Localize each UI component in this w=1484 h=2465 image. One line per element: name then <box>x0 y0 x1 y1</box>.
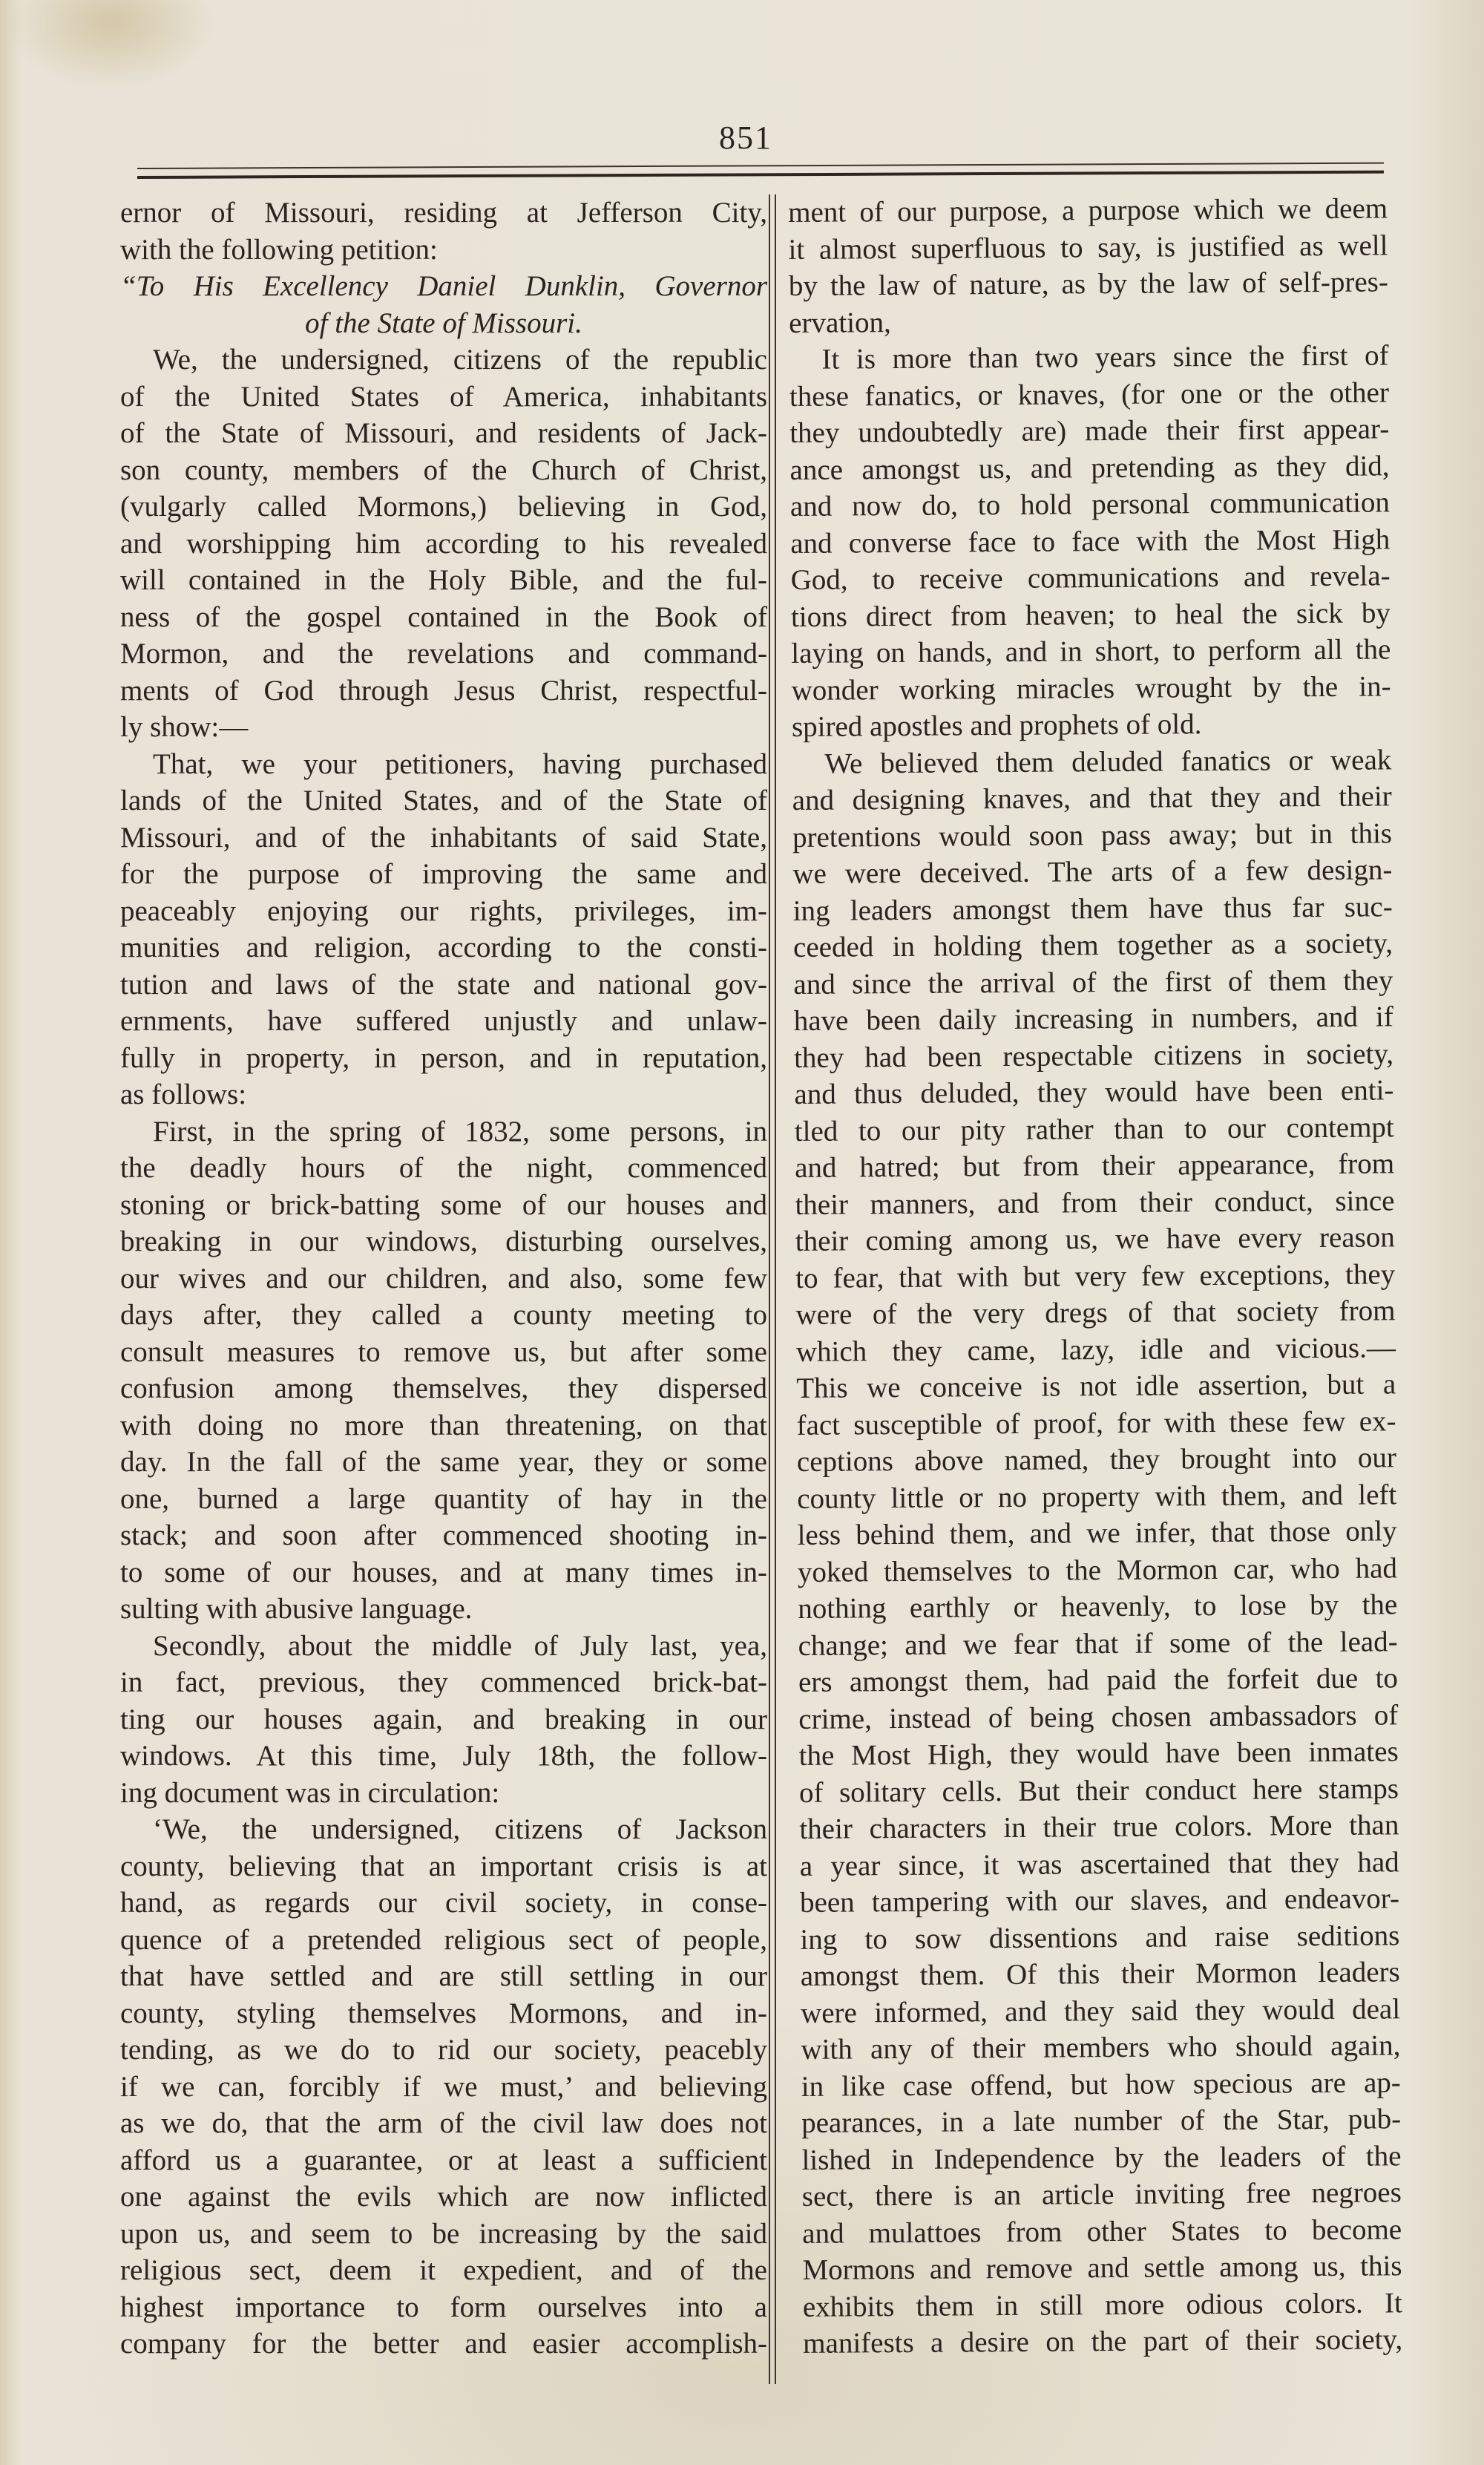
text-line: fully in property, in person, and in rep… <box>120 1040 767 1077</box>
text-line: less behind them, and we infer, that tho… <box>797 1513 1396 1554</box>
text-line: That, we your petitioners, having purcha… <box>120 746 767 783</box>
text-line: they undoubtedly are) made their first a… <box>789 410 1389 451</box>
text-line: the deadly hours of the night, commenced <box>120 1150 767 1187</box>
text-line: and converse face to face with the Most … <box>790 521 1390 562</box>
text-line: that have settled and are still settling… <box>120 1958 767 1995</box>
text-line: county little or no property with them, … <box>797 1476 1396 1517</box>
text-line: ceeded in holding them together as a soc… <box>793 925 1393 966</box>
text-line: religious sect, deem it expedient, and o… <box>120 2252 767 2289</box>
text-line: ance amongst us, and pretending as they … <box>789 448 1389 488</box>
text-line: We believed them deluded fanatics or wea… <box>792 742 1391 782</box>
page-number: 851 <box>709 119 783 157</box>
text-line: exhibits them in still more odious color… <box>803 2285 1402 2325</box>
text-line: of solitary cells. But their conduct her… <box>799 1770 1399 1811</box>
text-line: fact susceptible of proof, for with thes… <box>796 1403 1396 1444</box>
text-line: and hatred; but from their appearance, f… <box>795 1145 1394 1186</box>
text-line: tions direct from heaven; to heal the si… <box>791 595 1391 635</box>
text-line: We, the undersigned, citizens of the rep… <box>120 341 767 379</box>
text-line: their coming among us, we have every rea… <box>795 1219 1395 1260</box>
text-line: Mormons and remove and settle among us, … <box>802 2248 1402 2288</box>
text-line: of the State of Missouri, and residents … <box>120 415 767 452</box>
text-line: tending, as we do to rid our society, pe… <box>120 2032 767 2069</box>
text-line: ernments, have suffered unjustly and unl… <box>120 1003 767 1040</box>
text-line: have been daily increasing in numbers, a… <box>794 998 1393 1039</box>
text-line: nothing earthly or heavenly, to lose by … <box>798 1586 1397 1627</box>
text-line: ness of the gospel contained in the Book… <box>120 599 767 636</box>
text-line: manifests a desire on the part of their … <box>803 2321 1402 2362</box>
text-line: by the law of nature, as by the law of s… <box>789 263 1388 304</box>
header-rule-thin <box>137 163 1384 169</box>
text-line: one against the evils which are now infl… <box>120 2178 767 2216</box>
text-line: and now do, to hold personal communicati… <box>790 484 1390 525</box>
text-line: county, styling themselves Mormons, and … <box>120 1995 767 2032</box>
text-line: hand, as regards our civil society, in c… <box>120 1885 767 1922</box>
text-line: upon us, and seem to be increasing by th… <box>120 2216 767 2253</box>
text-line: consult measures to remove us, but after… <box>120 1334 767 1371</box>
text-line: of the United States of America, inhabit… <box>120 379 767 416</box>
text-line: county, believing that an important cris… <box>120 1848 767 1885</box>
text-line: tled to our pity rather than to our cont… <box>795 1109 1394 1150</box>
text-line: the Most High, they would have been inma… <box>799 1733 1399 1774</box>
text-line: in fact, previous, they commenced brick-… <box>120 1664 767 1701</box>
text-line: tution and laws of the state and nationa… <box>120 966 767 1004</box>
text-line: their characters in their true colors. M… <box>799 1807 1399 1847</box>
text-line: been tampering with our slaves, and ende… <box>800 1880 1399 1921</box>
text-line: “To His Excellency Daniel Dunklin, Gover… <box>120 268 767 305</box>
header-rule-thick <box>137 171 1384 179</box>
text-line: confusion among themselves, they dispers… <box>120 1370 767 1407</box>
text-line: ernor of Missouri, residing at Jefferson… <box>120 194 767 232</box>
text-line: ing leaders amongst them have thus far s… <box>793 888 1393 929</box>
text-line: windows. At this time, July 18th, the fo… <box>120 1738 767 1775</box>
text-line: highest importance to form ourselves int… <box>120 2289 767 2326</box>
text-line: sulting with abusive language. <box>120 1591 767 1628</box>
text-line: God, to receive communications and revel… <box>790 557 1390 598</box>
text-line: peaceably enjoying our rights, privilege… <box>120 893 767 930</box>
text-line: spired apostles and prophets of old. <box>792 704 1391 745</box>
text-line: lished in Independence by the leaders of… <box>801 2138 1401 2178</box>
text-line: yoked themselves to the Mormon car, who … <box>798 1550 1397 1591</box>
column-divider <box>767 194 778 2384</box>
text-line: crime, instead of being chosen ambassado… <box>798 1697 1398 1738</box>
text-line: company for the better and easier accomp… <box>120 2325 767 2363</box>
text-line: wonder working miracles wrought by the i… <box>791 668 1391 709</box>
text-line: afford us a guarantee, or at least a suf… <box>120 2142 767 2179</box>
text-line: were informed, and they said they would … <box>801 1991 1400 2032</box>
text-line: with the following petition: <box>120 232 767 269</box>
text-line: as follows: <box>120 1076 767 1113</box>
text-line: ing to sow dissentions and raise seditio… <box>800 1917 1399 1958</box>
text-line: were of the very dregs of that society f… <box>795 1292 1395 1333</box>
right-column: ment of our purpose, a purpose which we … <box>788 190 1402 2362</box>
text-line: we were deceived. The arts of a few desi… <box>792 851 1392 892</box>
text-line: ments of God through Jesus Christ, respe… <box>120 672 767 710</box>
text-line: their manners, and from their conduct, s… <box>795 1182 1394 1223</box>
text-line: they had been respectable citizens in so… <box>794 1035 1393 1076</box>
text-line: and since the arrival of the first of th… <box>793 962 1393 1003</box>
text-line: ly show:— <box>120 709 767 746</box>
text-line: lands of the United States, and of the S… <box>120 782 767 819</box>
text-line: Secondly, about the middle of July last,… <box>120 1628 767 1665</box>
text-line: ing document was in circulation: <box>120 1775 767 1812</box>
text-line: This we conceive is not idle assertion, … <box>796 1366 1396 1407</box>
text-line: to fear, that with but very few exceptio… <box>795 1256 1395 1297</box>
text-line: pearances, in a late number of the Star,… <box>801 2101 1401 2141</box>
text-line: amongst them. Of this their Mormon leade… <box>801 1954 1400 1994</box>
text-line: our wives and our children, and also, so… <box>120 1260 767 1297</box>
text-line: breaking in our windows, disturbing ours… <box>120 1223 767 1260</box>
text-line: stoning or brick-batting some of our hou… <box>120 1187 767 1224</box>
text-line: pretentions would soon pass away; but in… <box>792 815 1392 856</box>
left-column: ernor of Missouri, residing at Jefferson… <box>120 194 767 2363</box>
text-line: ment of our purpose, a purpose which we … <box>788 190 1388 231</box>
text-line: and mulattoes from other States to becom… <box>802 2211 1402 2252</box>
text-line: sect, there is an article inviting free … <box>802 2174 1402 2215</box>
text-line: for the purpose of improving the same an… <box>120 856 767 893</box>
text-line: Missouri, and of the inhabitants of said… <box>120 819 767 857</box>
text-line: ers amongst them, had paid the forfeit d… <box>798 1660 1398 1700</box>
text-line: with doing no more than threatening, on … <box>120 1407 767 1444</box>
text-line: stack; and soon after commenced shooting… <box>120 1517 767 1554</box>
newspaper-page: 851 ernor of Missouri, residing at Jeffe… <box>0 0 1484 2465</box>
text-line: It is more than two years since the firs… <box>789 337 1388 378</box>
text-line: Mormon, and the revelations and command- <box>120 635 767 672</box>
text-line: of the State of Missouri. <box>120 305 767 342</box>
text-line: and designing knaves, and that they and … <box>792 778 1392 819</box>
text-line: munities and religion, according to the … <box>120 929 767 966</box>
text-line: quence of a pretended religious sect of … <box>120 1922 767 1959</box>
text-line: ting our houses again, and breaking in o… <box>120 1701 767 1738</box>
text-line: as we do, that the arm of the civil law … <box>120 2105 767 2142</box>
text-line: ervation, <box>789 301 1388 341</box>
text-line: days after, they called a county meeting… <box>120 1297 767 1334</box>
text-line: laying on hands, and in short, to perfor… <box>791 631 1391 672</box>
text-line: to some of our houses, and at many times… <box>120 1554 767 1591</box>
text-line: day. In the fall of the same year, they … <box>120 1444 767 1481</box>
text-line: these fanatics, or knaves, (for one or t… <box>789 374 1389 415</box>
text-line: change; and we fear that if some of the … <box>798 1623 1397 1664</box>
text-line: a year since, it was ascertained that th… <box>800 1844 1399 1885</box>
text-line: one, burned a large quantity of hay in t… <box>120 1481 767 1518</box>
text-line: which they came, lazy, idle and vicious.… <box>796 1329 1396 1370</box>
text-line: and worshipping him according to his rev… <box>120 526 767 563</box>
text-line: ‘We, the undersigned, citizens of Jackso… <box>120 1811 767 1848</box>
text-line: in like case offend, but how specious ar… <box>801 2064 1401 2105</box>
text-line: and thus deluded, they would have been e… <box>794 1072 1393 1113</box>
text-line: with any of their members who should aga… <box>801 2027 1400 2068</box>
text-line: First, in the spring of 1832, some perso… <box>120 1113 767 1150</box>
text-line: (vulgarly called Mormons,) believing in … <box>120 488 767 526</box>
text-line: will contained in the Holy Bible, and th… <box>120 562 767 599</box>
text-line: ceptions above named, they brought into … <box>797 1439 1396 1480</box>
text-line: if we can, forcibly if we must,’ and bel… <box>120 2069 767 2106</box>
text-line: son county, members of the Church of Chr… <box>120 452 767 489</box>
text-line: it almost superfluous to say, is justifi… <box>788 227 1388 268</box>
